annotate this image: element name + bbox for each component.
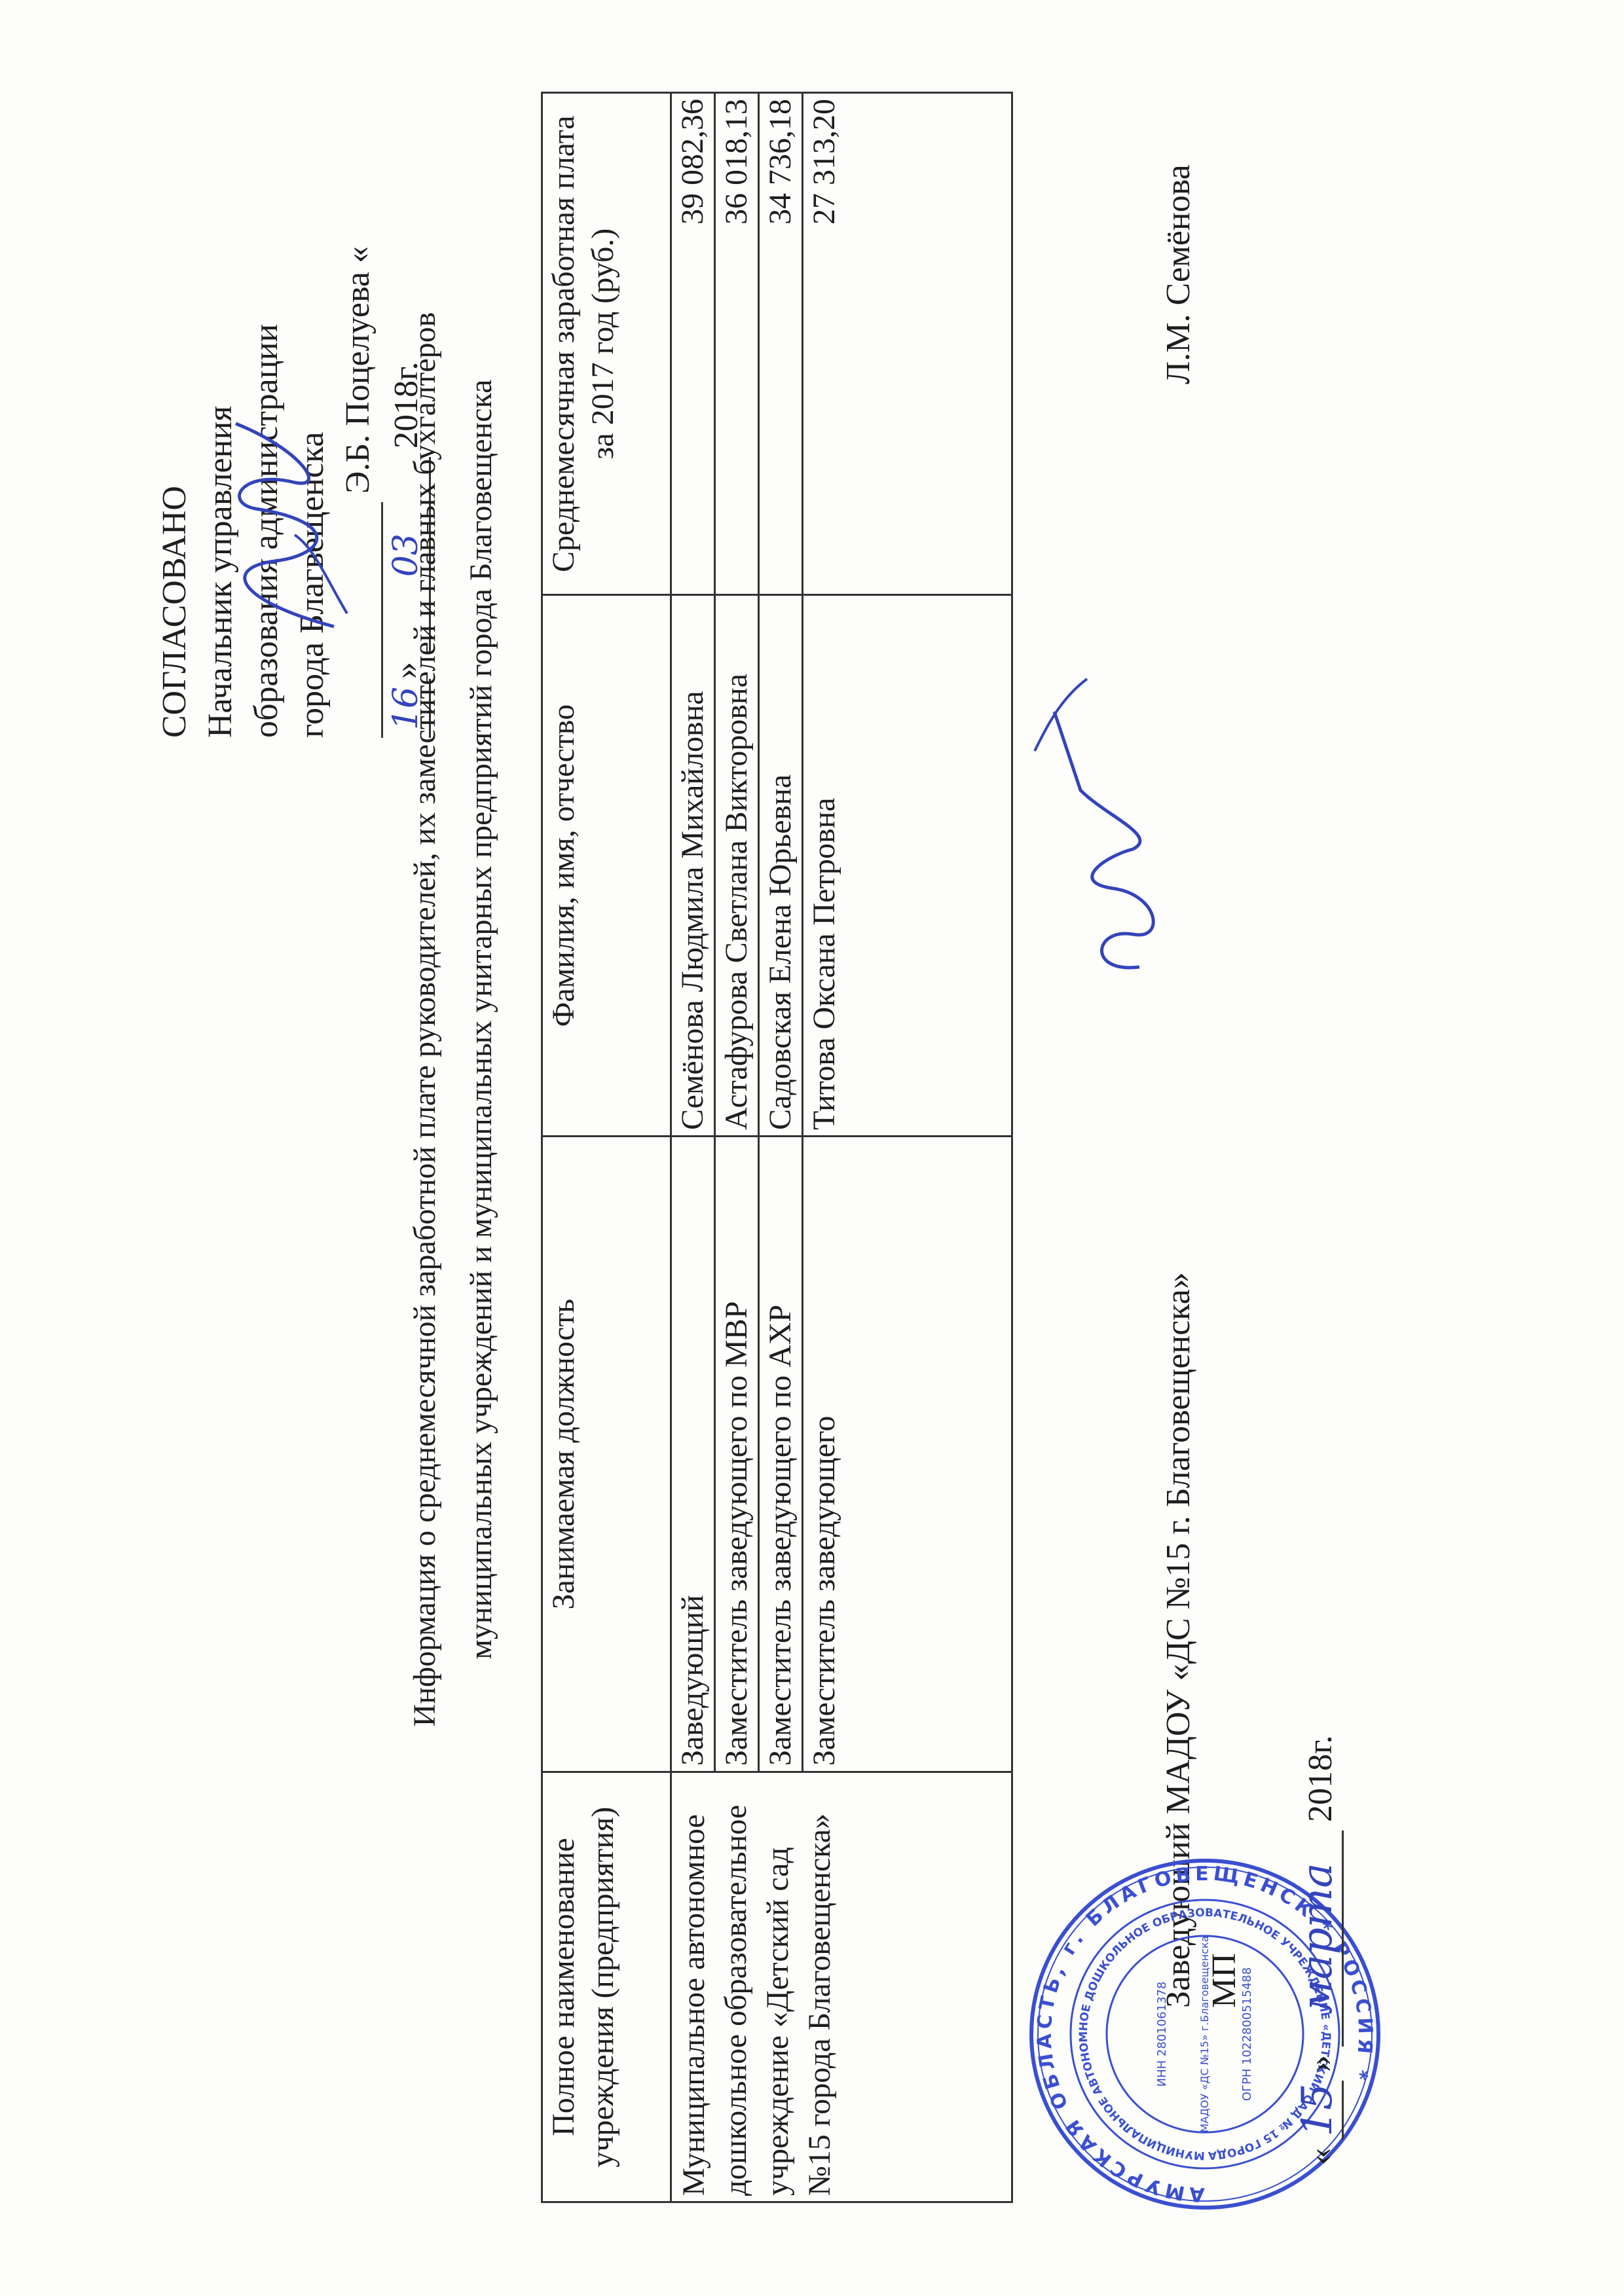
approval-heading: СОГЛАСОВАНО xyxy=(152,214,198,738)
header-name: Фамилия, имя, отчество xyxy=(542,595,671,1137)
name-cell: Садовская Елена Юрьевна xyxy=(759,595,803,1137)
salary-cell: 36 018,13 xyxy=(715,93,759,595)
stamp-inn: ИНН 2801061378 xyxy=(1155,1982,1169,2087)
stamp-ogrn: ОГРН 1022800515488 xyxy=(1240,1967,1254,2101)
header-position: Занимаемая должность xyxy=(542,1136,671,1772)
name-cell: Семёнова Людмила Михайловна xyxy=(671,595,715,1137)
approver-signature-icon xyxy=(196,410,367,640)
footer-date-month: марта xyxy=(1293,1831,1344,2047)
footer-date-year: 2018г. xyxy=(1302,1736,1339,1822)
document-page: СОГЛАСОВАНО Начальник управления образов… xyxy=(0,0,1624,2296)
salary-table: Полное наименование учреждения (предприя… xyxy=(541,92,1013,2203)
title-line-2: муниципальных учреждений и муниципальных… xyxy=(453,136,509,1903)
header-institution: Полное наименование учреждения (предприя… xyxy=(542,1772,671,2202)
position-cell: Заместитель заведующего по МВР xyxy=(715,1136,759,1772)
title-line-1: Информация о среднемесячной заработной п… xyxy=(397,136,453,1903)
head-name: Л.М. Семёнова xyxy=(1159,164,1198,384)
position-cell: Заместитель заведующего по АХР xyxy=(759,1136,803,1772)
salary-cell: 34 736,18 xyxy=(759,93,803,595)
salary-cell: 39 082,36 xyxy=(671,93,715,595)
position-cell: Заместитель заведующего xyxy=(803,1136,1012,1772)
head-signature-icon xyxy=(1028,659,1172,987)
footer-date-day: 15 xyxy=(1293,2081,1344,2140)
date-open-quote: « xyxy=(1302,2148,1339,2165)
table-row: Муниципальное автономное дошкольное обра… xyxy=(671,93,715,2202)
date-close-quote: » xyxy=(1302,2055,1339,2072)
header-salary: Среднемесячная заработная плата за 2017 … xyxy=(542,93,671,595)
document-title: Информация о среднемесячной заработной п… xyxy=(397,136,509,1903)
position-cell: Заведующий xyxy=(671,1136,715,1772)
footer-date: « 15 » марта 2018г. xyxy=(1293,1736,1344,2165)
name-cell: Астафурова Светлана Викторовна xyxy=(715,595,759,1137)
table-header-row: Полное наименование учреждения (предприя… xyxy=(542,93,671,2202)
salary-cell: 27 313,20 xyxy=(803,93,1012,595)
stamp-center: МАДОУ «ДС №15» г.Благовещенска xyxy=(1198,1936,1211,2133)
name-cell: Титова Оксана Петровна xyxy=(803,595,1012,1137)
institution-cell: Муниципальное автономное дошкольное обра… xyxy=(671,1772,1012,2202)
